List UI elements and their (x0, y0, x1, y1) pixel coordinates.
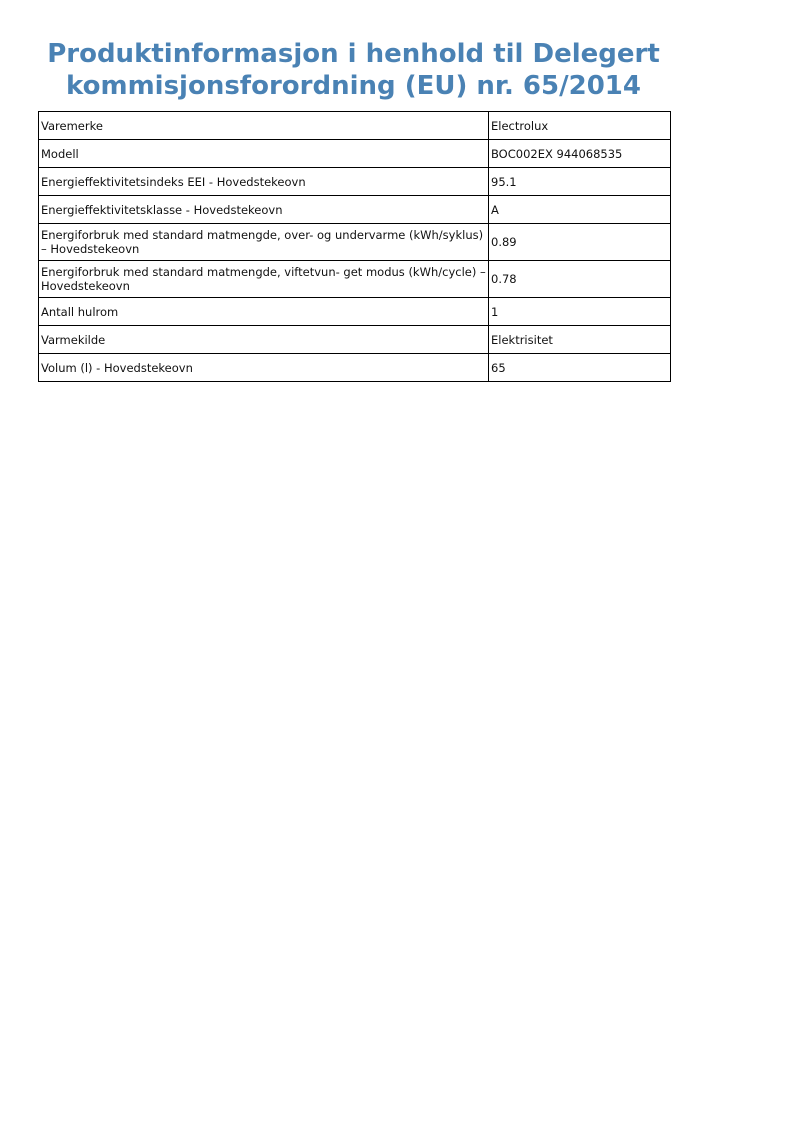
row-label: Antall hulrom (39, 298, 489, 326)
row-value: BOC002EX 944068535 (489, 140, 671, 168)
table-row: Varmekilde Elektrisitet (39, 326, 671, 354)
row-label: Varmekilde (39, 326, 489, 354)
table-row: Antall hulrom 1 (39, 298, 671, 326)
page-title: Produktinformasjon i henhold til Deleger… (38, 38, 669, 102)
table-row: Volum (l) - Hovedstekeovn 65 (39, 354, 671, 382)
product-info-table: Varemerke Electrolux Modell BOC002EX 944… (38, 111, 671, 382)
row-value: 95.1 (489, 168, 671, 196)
table-row: Varemerke Electrolux (39, 112, 671, 140)
table-row: Modell BOC002EX 944068535 (39, 140, 671, 168)
row-label: Energiforbruk med standard matmengde, vi… (39, 261, 489, 298)
row-label: Volum (l) - Hovedstekeovn (39, 354, 489, 382)
row-label: Modell (39, 140, 489, 168)
row-label: Energieffektivitetsklasse - Hovedstekeov… (39, 196, 489, 224)
row-value: 1 (489, 298, 671, 326)
row-value: 65 (489, 354, 671, 382)
title-line-2: kommisjonsforordning (EU) nr. 65/2014 (38, 70, 669, 102)
table-row: Energiforbruk med standard matmengde, vi… (39, 261, 671, 298)
table-row: Energieffektivitetsklasse - Hovedstekeov… (39, 196, 671, 224)
row-value: Electrolux (489, 112, 671, 140)
row-value: 0.78 (489, 261, 671, 298)
row-value: A (489, 196, 671, 224)
row-label: Varemerke (39, 112, 489, 140)
row-value: 0.89 (489, 224, 671, 261)
row-label: Energiforbruk med standard matmengde, ov… (39, 224, 489, 261)
row-label: Energieffektivitetsindeks EEI - Hovedste… (39, 168, 489, 196)
table-row: Energieffektivitetsindeks EEI - Hovedste… (39, 168, 671, 196)
table-row: Energiforbruk med standard matmengde, ov… (39, 224, 671, 261)
row-value: Elektrisitet (489, 326, 671, 354)
title-line-1: Produktinformasjon i henhold til Deleger… (38, 38, 669, 70)
